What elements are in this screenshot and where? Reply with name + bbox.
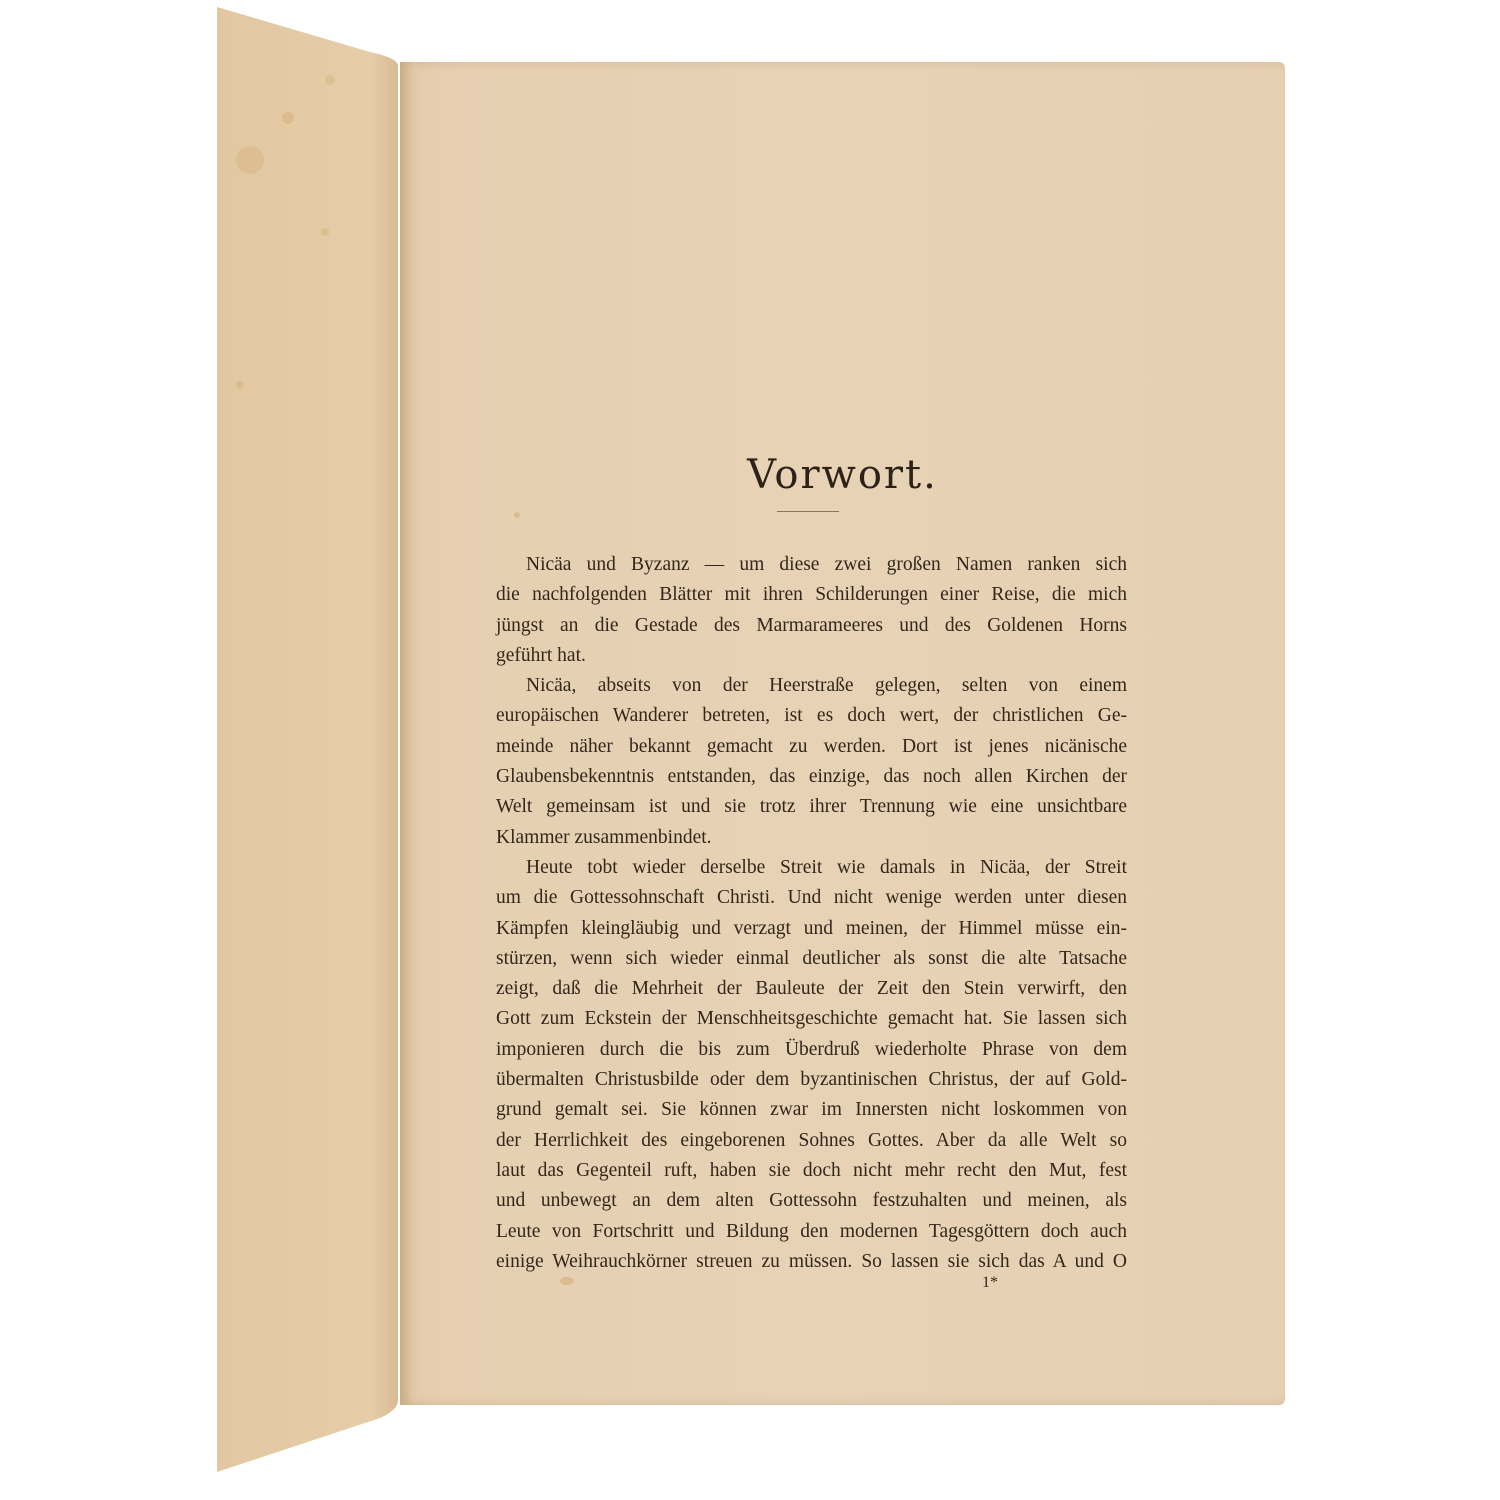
signature-mark: 1* [982, 1274, 998, 1292]
text-line: die nachfolgenden Blätter mit ihren Schi… [496, 580, 1127, 610]
text-line: laut das Gegenteil ruft, haben sie doch … [496, 1156, 1127, 1186]
text-line: um die Gottessohnschaft Christi. Und nic… [496, 883, 1127, 913]
text-line: grund gemalt sei. Sie können zwar im Inn… [496, 1095, 1127, 1125]
paragraph-1: Nicäa und Byzanz — um diese zwei großen … [496, 550, 1127, 671]
text-line: zeigt, daß die Mehrheit der Bauleute der… [496, 974, 1127, 1004]
foxing-spot [560, 1277, 574, 1285]
text-line: einige Weihrauchkörner streuen zu müssen… [496, 1247, 1127, 1277]
text-line: Leute von Fortschritt und Bildung den mo… [496, 1217, 1127, 1247]
text-line: geführt hat. [496, 641, 1127, 671]
text-line: imponieren durch die bis zum Überdruß wi… [496, 1035, 1127, 1065]
text-line: Nicäa und Byzanz — um diese zwei großen … [496, 550, 1127, 580]
text-line: Gott zum Eckstein der Menschheitsgeschic… [496, 1004, 1127, 1034]
text-line: Heute tobt wieder derselbe Streit wie da… [496, 853, 1127, 883]
text-line: europäischen Wanderer betreten, ist es d… [496, 701, 1127, 731]
text-line: und unbewegt an dem alten Gottessohn fes… [496, 1186, 1127, 1216]
text-line: Glaubensbekenntnis entstanden, das einzi… [496, 762, 1127, 792]
text-line: Nicäa, abseits von der Heerstraße gelege… [496, 671, 1127, 701]
text-line: Kämpfen kleingläubig und verzagt und mei… [496, 914, 1127, 944]
body-text: Nicäa und Byzanz — um diese zwei großen … [496, 550, 1127, 1277]
right-page: Vorwort. Nicäa und Byzanz — um diese zwe… [400, 62, 1285, 1405]
text-line: Klammer zusammenbindet. [496, 823, 1127, 853]
paragraph-3: Heute tobt wieder derselbe Streit wie da… [496, 853, 1127, 1277]
page-title: Vorwort. [400, 452, 1285, 498]
title-divider [777, 511, 839, 512]
text-line: übermalten Christusbilde oder dem byzant… [496, 1065, 1127, 1095]
text-line: Welt gemeinsam ist und sie trotz ihrer T… [496, 792, 1127, 822]
text-line: jüngst an die Gestade des Marmarameeres … [496, 611, 1127, 641]
paragraph-2: Nicäa, abseits von der Heerstraße gelege… [496, 671, 1127, 853]
text-line: stürzen, wenn sich wieder einmal deutlic… [496, 944, 1127, 974]
text-line: der Herrlichkeit des eingeborenen Sohnes… [496, 1126, 1127, 1156]
foxing-spot [514, 512, 520, 518]
text-line: meinde näher bekannt gemacht zu werden. … [496, 732, 1127, 762]
